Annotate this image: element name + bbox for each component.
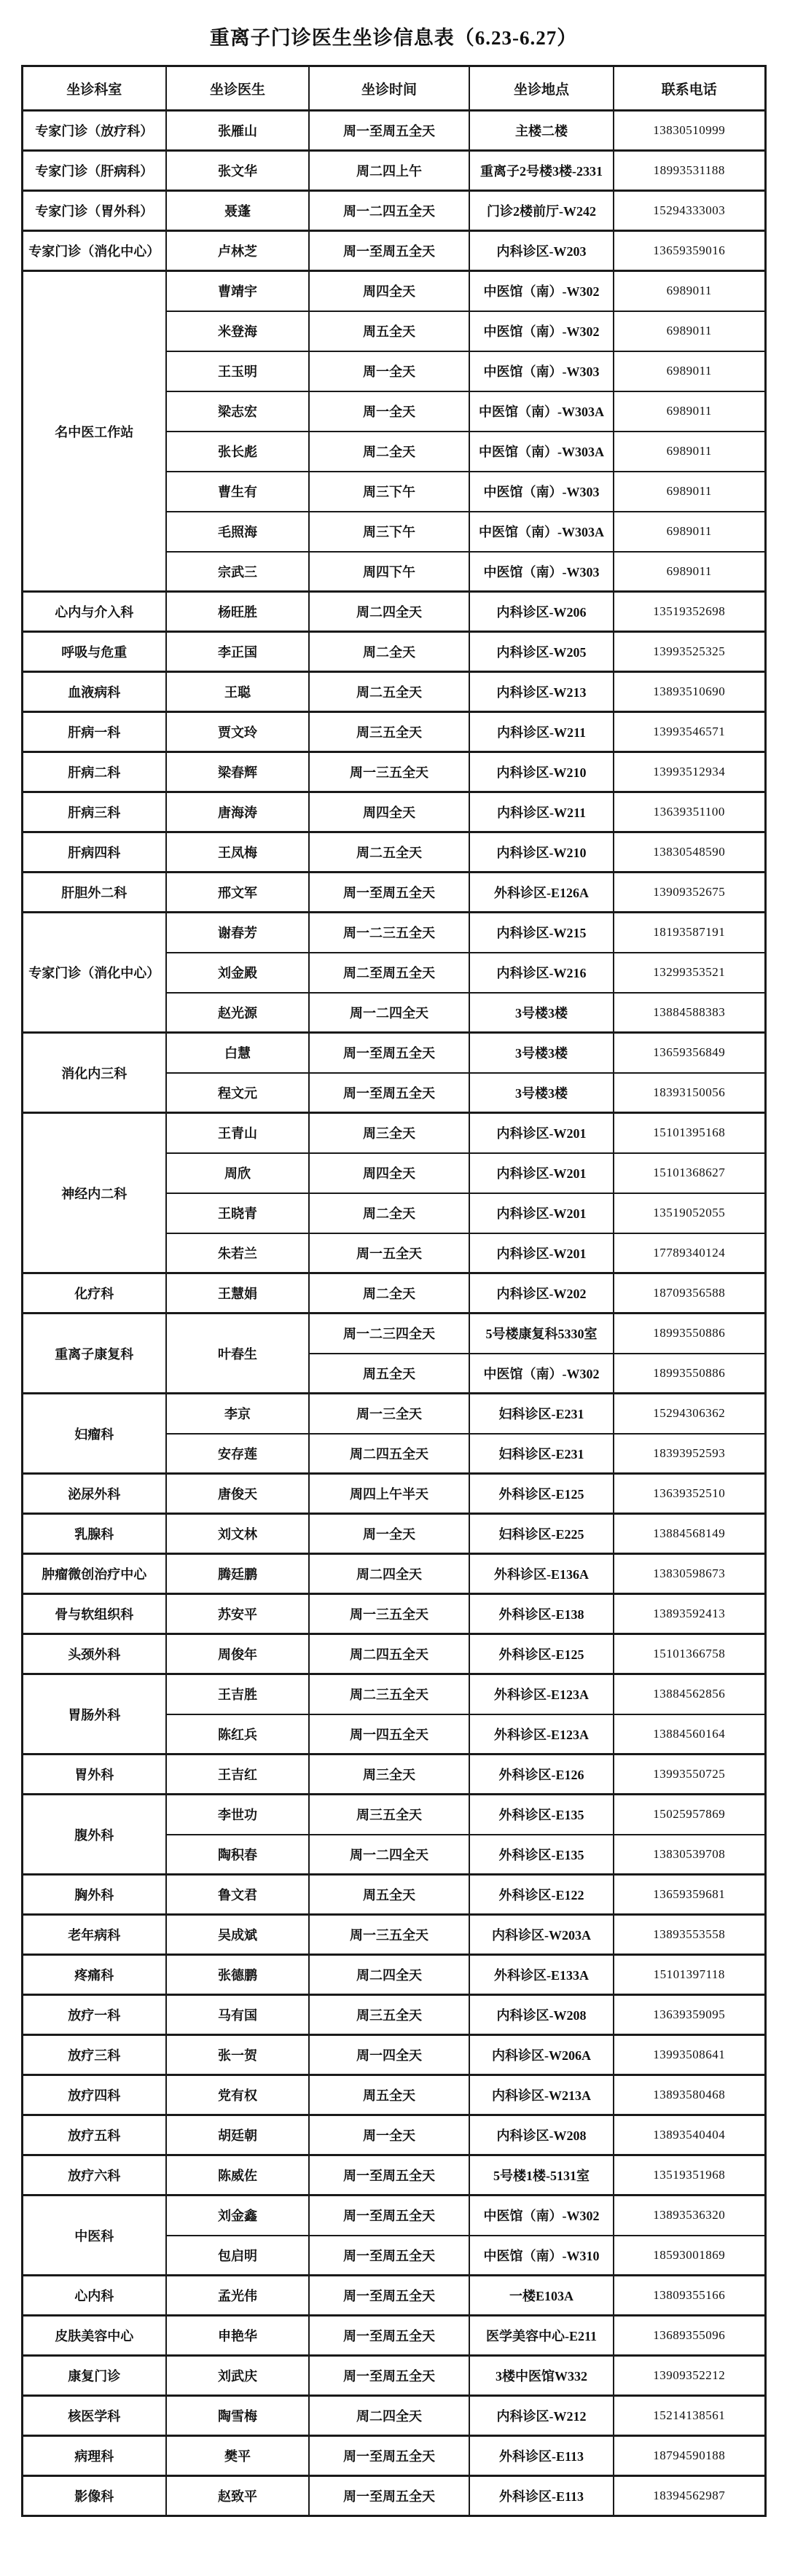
header-location: 坐诊地点 — [469, 66, 614, 111]
phone-cell: 13893540404 — [614, 2115, 765, 2155]
location-cell: 内科诊区-W201 — [469, 1233, 614, 1273]
phone-cell: 13639359095 — [614, 1995, 765, 2035]
doctor-cell: 刘武庆 — [166, 2356, 309, 2396]
time-cell: 周一三全天 — [309, 1394, 469, 1434]
department-cell: 病理科 — [22, 2436, 166, 2476]
department-cell: 乳腺科 — [22, 1514, 166, 1554]
doctor-cell: 陶雪梅 — [166, 2396, 309, 2436]
doctor-cell: 张文华 — [166, 151, 309, 191]
doctor-schedule-table: 坐诊科室 坐诊医生 坐诊时间 坐诊地点 联系电话 专家门诊（放疗科）张雁山周一至… — [21, 65, 767, 2517]
phone-cell: 13639352510 — [614, 1474, 765, 1514]
doctor-cell: 周欣 — [166, 1153, 309, 1193]
phone-cell: 15025957869 — [614, 1795, 765, 1835]
department-cell: 疼痛科 — [22, 1955, 166, 1995]
doctor-cell: 唐海涛 — [166, 792, 309, 832]
department-cell: 腹外科 — [22, 1795, 166, 1875]
table-row: 重离子康复科叶春生周一二三四全天5号楼康复科5330室18993550886 — [22, 1314, 765, 1354]
phone-cell: 6989011 — [614, 311, 765, 351]
location-cell: 中医馆（南）-W302 — [469, 1354, 614, 1394]
department-cell: 泌尿外科 — [22, 1474, 166, 1514]
time-cell: 周一全天 — [309, 2115, 469, 2155]
header-phone: 联系电话 — [614, 66, 765, 111]
table-row: 妇瘤科李京周一三全天妇科诊区-E23115294306362 — [22, 1394, 765, 1434]
department-cell: 放疗六科 — [22, 2155, 166, 2196]
location-cell: 内科诊区-W208 — [469, 2115, 614, 2155]
department-cell: 肝病四科 — [22, 832, 166, 873]
department-cell: 专家门诊（放疗科） — [22, 111, 166, 151]
phone-cell: 13659356849 — [614, 1033, 765, 1073]
time-cell: 周二全天 — [309, 1273, 469, 1314]
time-cell: 周二三五全天 — [309, 1674, 469, 1714]
time-cell: 周一二三五全天 — [309, 913, 469, 953]
phone-cell: 6989011 — [614, 472, 765, 512]
time-cell: 周一至周五全天 — [309, 2476, 469, 2516]
doctor-cell: 曹靖宇 — [166, 271, 309, 311]
time-cell: 周一三五全天 — [309, 1915, 469, 1955]
doctor-cell: 胡廷朝 — [166, 2115, 309, 2155]
phone-cell: 13884588383 — [614, 993, 765, 1033]
phone-cell: 13909352212 — [614, 2356, 765, 2396]
location-cell: 重离子2号楼3楼-2331 — [469, 151, 614, 191]
time-cell: 周四全天 — [309, 792, 469, 832]
department-cell: 肝病二科 — [22, 752, 166, 792]
table-row: 专家门诊（肝病科）张文华周二四上午重离子2号楼3楼-23311899353118… — [22, 151, 765, 191]
phone-cell: 18193587191 — [614, 913, 765, 953]
department-cell: 中医科 — [22, 2196, 166, 2276]
department-cell: 专家门诊（胃外科） — [22, 191, 166, 231]
table-row: 老年病科吴成斌周一三五全天内科诊区-W203A13893553558 — [22, 1915, 765, 1955]
phone-cell: 18993550886 — [614, 1354, 765, 1394]
location-cell: 中医馆（南）-W303A — [469, 512, 614, 552]
phone-cell: 13830510999 — [614, 111, 765, 151]
doctor-cell: 包启明 — [166, 2236, 309, 2276]
department-cell: 核医学科 — [22, 2396, 166, 2436]
time-cell: 周一四五全天 — [309, 1714, 469, 1755]
location-cell: 中医馆（南）-W302 — [469, 271, 614, 311]
doctor-cell: 赵致平 — [166, 2476, 309, 2516]
time-cell: 周二四五全天 — [309, 1434, 469, 1474]
phone-cell: 17789340124 — [614, 1233, 765, 1273]
doctor-cell: 马有国 — [166, 1995, 309, 2035]
table-row: 影像科赵致平周一至周五全天外科诊区-E11318394562987 — [22, 2476, 765, 2516]
time-cell: 周二全天 — [309, 432, 469, 472]
time-cell: 周五全天 — [309, 1354, 469, 1394]
department-cell: 胃外科 — [22, 1755, 166, 1795]
table-header-row: 坐诊科室 坐诊医生 坐诊时间 坐诊地点 联系电话 — [22, 66, 765, 111]
department-cell: 妇瘤科 — [22, 1394, 166, 1474]
location-cell: 外科诊区-E136A — [469, 1554, 614, 1594]
time-cell: 周一五全天 — [309, 1233, 469, 1273]
phone-cell: 13893592413 — [614, 1594, 765, 1634]
table-row: 中医科刘金鑫周一至周五全天中医馆（南）-W30213893536320 — [22, 2196, 765, 2236]
doctor-cell: 吴成斌 — [166, 1915, 309, 1955]
table-row: 胸外科鲁文君周五全天外科诊区-E12213659359681 — [22, 1875, 765, 1915]
location-cell: 内科诊区-W210 — [469, 832, 614, 873]
location-cell: 3号楼3楼 — [469, 993, 614, 1033]
phone-cell: 13893510690 — [614, 672, 765, 712]
table-row: 化疗科王慧娟周二全天内科诊区-W20218709356588 — [22, 1273, 765, 1314]
table-row: 专家门诊（消化中心）卢林芝周一至周五全天内科诊区-W20313659359016 — [22, 231, 765, 271]
phone-cell: 18794590188 — [614, 2436, 765, 2476]
doctor-cell: 樊平 — [166, 2436, 309, 2476]
phone-cell: 6989011 — [614, 512, 765, 552]
time-cell: 周一至周五全天 — [309, 111, 469, 151]
doctor-cell: 苏安平 — [166, 1594, 309, 1634]
table-row: 放疗四科党有权周五全天内科诊区-W213A13893580468 — [22, 2075, 765, 2115]
department-cell: 放疗三科 — [22, 2035, 166, 2075]
doctor-cell: 申艳华 — [166, 2316, 309, 2356]
doctor-cell: 梁志宏 — [166, 391, 309, 432]
table-row: 专家门诊（消化中心）谢春芳周一二三五全天内科诊区-W21518193587191 — [22, 913, 765, 953]
table-body: 专家门诊（放疗科）张雁山周一至周五全天主楼二楼13830510999专家门诊（肝… — [22, 111, 765, 2516]
header-time: 坐诊时间 — [309, 66, 469, 111]
time-cell: 周一全天 — [309, 351, 469, 391]
doctor-cell: 王聪 — [166, 672, 309, 712]
time-cell: 周一至周五全天 — [309, 2276, 469, 2316]
table-row: 放疗三科张一贺周一四全天内科诊区-W206A13993508641 — [22, 2035, 765, 2075]
department-cell: 肝胆外二科 — [22, 873, 166, 913]
location-cell: 中医馆（南）-W303 — [469, 351, 614, 391]
location-cell: 3号楼3楼 — [469, 1033, 614, 1073]
department-cell: 重离子康复科 — [22, 1314, 166, 1394]
time-cell: 周四全天 — [309, 271, 469, 311]
phone-cell: 18393952593 — [614, 1434, 765, 1474]
location-cell: 5号楼1楼-5131室 — [469, 2155, 614, 2196]
department-cell: 专家门诊（消化中心） — [22, 913, 166, 1033]
time-cell: 周三下午 — [309, 472, 469, 512]
location-cell: 外科诊区-E125 — [469, 1634, 614, 1674]
time-cell: 周三下午 — [309, 512, 469, 552]
location-cell: 中医馆（南）-W310 — [469, 2236, 614, 2276]
phone-cell: 13884560164 — [614, 1714, 765, 1755]
location-cell: 内科诊区-W206 — [469, 592, 614, 632]
time-cell: 周一至周五全天 — [309, 2316, 469, 2356]
phone-cell: 13659359681 — [614, 1875, 765, 1915]
time-cell: 周一三五全天 — [309, 1594, 469, 1634]
doctor-cell: 唐俊天 — [166, 1474, 309, 1514]
time-cell: 周一三五全天 — [309, 752, 469, 792]
table-row: 泌尿外科唐俊天周四上午半天外科诊区-E12513639352510 — [22, 1474, 765, 1514]
time-cell: 周三全天 — [309, 1113, 469, 1153]
location-cell: 中医馆（南）-W302 — [469, 311, 614, 351]
doctor-cell: 王玉明 — [166, 351, 309, 391]
time-cell: 周一二三四全天 — [309, 1314, 469, 1354]
location-cell: 外科诊区-E126A — [469, 873, 614, 913]
location-cell: 外科诊区-E123A — [469, 1674, 614, 1714]
location-cell: 外科诊区-E133A — [469, 1955, 614, 1995]
time-cell: 周一至周五全天 — [309, 1033, 469, 1073]
doctor-cell: 米登海 — [166, 311, 309, 351]
department-cell: 放疗五科 — [22, 2115, 166, 2155]
phone-cell: 13659359016 — [614, 231, 765, 271]
department-cell: 名中医工作站 — [22, 271, 166, 592]
table-row: 肝胆外二科邢文军周一至周五全天外科诊区-E126A13909352675 — [22, 873, 765, 913]
time-cell: 周五全天 — [309, 2075, 469, 2115]
phone-cell: 15101368627 — [614, 1153, 765, 1193]
location-cell: 内科诊区-W215 — [469, 913, 614, 953]
time-cell: 周一四全天 — [309, 2035, 469, 2075]
time-cell: 周四上午半天 — [309, 1474, 469, 1514]
department-cell: 骨与软组织科 — [22, 1594, 166, 1634]
phone-cell: 13993546571 — [614, 712, 765, 752]
doctor-cell: 李京 — [166, 1394, 309, 1434]
table-row: 放疗五科胡廷朝周一全天内科诊区-W20813893540404 — [22, 2115, 765, 2155]
department-cell: 心内科 — [22, 2276, 166, 2316]
table-row: 放疗六科陈威佐周一至周五全天5号楼1楼-5131室13519351968 — [22, 2155, 765, 2196]
time-cell: 周五全天 — [309, 311, 469, 351]
doctor-cell: 张一贺 — [166, 2035, 309, 2075]
location-cell: 内科诊区-W211 — [469, 792, 614, 832]
doctor-cell: 鲁文君 — [166, 1875, 309, 1915]
table-row: 康复门诊刘武庆周一至周五全天3楼中医馆W33213909352212 — [22, 2356, 765, 2396]
phone-cell: 15294333003 — [614, 191, 765, 231]
department-cell: 头颈外科 — [22, 1634, 166, 1674]
location-cell: 内科诊区-W201 — [469, 1193, 614, 1233]
phone-cell: 15294306362 — [614, 1394, 765, 1434]
phone-cell: 6989011 — [614, 552, 765, 592]
location-cell: 外科诊区-E123A — [469, 1714, 614, 1755]
department-cell: 血液病科 — [22, 672, 166, 712]
department-cell: 肿瘤微创治疗中心 — [22, 1554, 166, 1594]
time-cell: 周二全天 — [309, 1193, 469, 1233]
doctor-cell: 周俊年 — [166, 1634, 309, 1674]
doctor-cell: 王晓青 — [166, 1193, 309, 1233]
phone-cell: 18393150056 — [614, 1073, 765, 1113]
table-row: 病理科樊平周一至周五全天外科诊区-E11318794590188 — [22, 2436, 765, 2476]
table-row: 腹外科李世功周三五全天外科诊区-E13515025957869 — [22, 1795, 765, 1835]
doctor-cell: 刘文林 — [166, 1514, 309, 1554]
doctor-cell: 曹生有 — [166, 472, 309, 512]
department-cell: 胸外科 — [22, 1875, 166, 1915]
doctor-cell: 刘金鑫 — [166, 2196, 309, 2236]
location-cell: 医学美容中心-E211 — [469, 2316, 614, 2356]
location-cell: 外科诊区-E126 — [469, 1755, 614, 1795]
location-cell: 3楼中医馆W332 — [469, 2356, 614, 2396]
time-cell: 周一至周五全天 — [309, 2356, 469, 2396]
phone-cell: 13830598673 — [614, 1554, 765, 1594]
phone-cell: 13993525325 — [614, 632, 765, 672]
time-cell: 周二四五全天 — [309, 1634, 469, 1674]
location-cell: 外科诊区-E122 — [469, 1875, 614, 1915]
page-title: 重离子门诊医生坐诊信息表（6.23-6.27） — [0, 0, 787, 50]
phone-cell: 18993550886 — [614, 1314, 765, 1354]
phone-cell: 13884568149 — [614, 1514, 765, 1554]
location-cell: 内科诊区-W212 — [469, 2396, 614, 2436]
table-row: 乳腺科刘文林周一全天妇科诊区-E22513884568149 — [22, 1514, 765, 1554]
phone-cell: 13519352698 — [614, 592, 765, 632]
location-cell: 内科诊区-W208 — [469, 1995, 614, 2035]
header-doctor: 坐诊医生 — [166, 66, 309, 111]
department-cell: 化疗科 — [22, 1273, 166, 1314]
time-cell: 周五全天 — [309, 1875, 469, 1915]
doctor-cell: 王青山 — [166, 1113, 309, 1153]
location-cell: 内科诊区-W211 — [469, 712, 614, 752]
location-cell: 内科诊区-W203 — [469, 231, 614, 271]
department-cell: 消化内三科 — [22, 1033, 166, 1113]
location-cell: 内科诊区-W205 — [469, 632, 614, 672]
doctor-cell: 杨旺胜 — [166, 592, 309, 632]
time-cell: 周一全天 — [309, 1514, 469, 1554]
table-row: 骨与软组织科苏安平周一三五全天外科诊区-E13813893592413 — [22, 1594, 765, 1634]
location-cell: 内科诊区-W201 — [469, 1153, 614, 1193]
time-cell: 周一至周五全天 — [309, 873, 469, 913]
location-cell: 外科诊区-E113 — [469, 2436, 614, 2476]
table-row: 名中医工作站曹靖宇周四全天中医馆（南）-W3026989011 — [22, 271, 765, 311]
doctor-cell: 聂蓬 — [166, 191, 309, 231]
phone-cell: 13993508641 — [614, 2035, 765, 2075]
phone-cell: 15101395168 — [614, 1113, 765, 1153]
time-cell: 周一二四五全天 — [309, 191, 469, 231]
location-cell: 内科诊区-W203A — [469, 1915, 614, 1955]
location-cell: 外科诊区-E135 — [469, 1795, 614, 1835]
doctor-cell: 安存莲 — [166, 1434, 309, 1474]
phone-cell: 13893536320 — [614, 2196, 765, 2236]
phone-cell: 6989011 — [614, 391, 765, 432]
location-cell: 妇科诊区-E231 — [469, 1434, 614, 1474]
location-cell: 妇科诊区-E225 — [469, 1514, 614, 1554]
doctor-cell: 梁春辉 — [166, 752, 309, 792]
department-cell: 放疗一科 — [22, 1995, 166, 2035]
time-cell: 周一至周五全天 — [309, 2155, 469, 2196]
location-cell: 内科诊区-W202 — [469, 1273, 614, 1314]
doctor-cell: 李正国 — [166, 632, 309, 672]
doctor-cell: 王凤梅 — [166, 832, 309, 873]
department-cell: 影像科 — [22, 2476, 166, 2516]
phone-cell: 13993512934 — [614, 752, 765, 792]
time-cell: 周一至周五全天 — [309, 2196, 469, 2236]
phone-cell: 13830548590 — [614, 832, 765, 873]
phone-cell: 13519351968 — [614, 2155, 765, 2196]
time-cell: 周三五全天 — [309, 1795, 469, 1835]
phone-cell: 6989011 — [614, 271, 765, 311]
department-cell: 呼吸与危重 — [22, 632, 166, 672]
location-cell: 中医馆（南）-W303A — [469, 432, 614, 472]
table-row: 肿瘤微创治疗中心腾廷鹏周二四全天外科诊区-E136A13830598673 — [22, 1554, 765, 1594]
doctor-cell: 贾文玲 — [166, 712, 309, 752]
phone-cell: 15214138561 — [614, 2396, 765, 2436]
doctor-cell: 刘金殿 — [166, 953, 309, 993]
table-row: 神经内二科王青山周三全天内科诊区-W20115101395168 — [22, 1113, 765, 1153]
phone-cell: 18993531188 — [614, 151, 765, 191]
doctor-cell: 陈红兵 — [166, 1714, 309, 1755]
doctor-cell: 邢文军 — [166, 873, 309, 913]
table-row: 头颈外科周俊年周二四五全天外科诊区-E12515101366758 — [22, 1634, 765, 1674]
location-cell: 中医馆（南）-W302 — [469, 2196, 614, 2236]
time-cell: 周二至周五全天 — [309, 953, 469, 993]
location-cell: 5号楼康复科5330室 — [469, 1314, 614, 1354]
doctor-cell: 党有权 — [166, 2075, 309, 2115]
doctor-cell: 程文元 — [166, 1073, 309, 1113]
department-cell: 皮肤美容中心 — [22, 2316, 166, 2356]
time-cell: 周一至周五全天 — [309, 231, 469, 271]
time-cell: 周一全天 — [309, 391, 469, 432]
doctor-cell: 叶春生 — [166, 1314, 309, 1394]
location-cell: 内科诊区-W201 — [469, 1113, 614, 1153]
time-cell: 周二五全天 — [309, 672, 469, 712]
doctor-cell: 卢林芝 — [166, 231, 309, 271]
table-row: 胃外科王吉红周三全天外科诊区-E12613993550725 — [22, 1755, 765, 1795]
department-cell: 放疗四科 — [22, 2075, 166, 2115]
time-cell: 周二四全天 — [309, 1955, 469, 1995]
location-cell: 一楼E103A — [469, 2276, 614, 2316]
location-cell: 门诊2楼前厅-W242 — [469, 191, 614, 231]
phone-cell: 6989011 — [614, 432, 765, 472]
phone-cell: 13809355166 — [614, 2276, 765, 2316]
table-row: 专家门诊（胃外科）聂蓬周一二四五全天门诊2楼前厅-W24215294333003 — [22, 191, 765, 231]
table-row: 胃肠外科王吉胜周二三五全天外科诊区-E123A13884562856 — [22, 1674, 765, 1714]
phone-cell: 13884562856 — [614, 1674, 765, 1714]
phone-cell: 13830539708 — [614, 1835, 765, 1875]
phone-cell: 18394562987 — [614, 2476, 765, 2516]
department-cell: 专家门诊（肝病科） — [22, 151, 166, 191]
doctor-cell: 陶积春 — [166, 1835, 309, 1875]
department-cell: 老年病科 — [22, 1915, 166, 1955]
location-cell: 外科诊区-E135 — [469, 1835, 614, 1875]
doctor-cell: 张雁山 — [166, 111, 309, 151]
doctor-cell: 张德鹏 — [166, 1955, 309, 1995]
time-cell: 周三全天 — [309, 1755, 469, 1795]
table-row: 放疗一科马有国周三五全天内科诊区-W20813639359095 — [22, 1995, 765, 2035]
time-cell: 周二四全天 — [309, 2396, 469, 2436]
location-cell: 外科诊区-E138 — [469, 1594, 614, 1634]
department-cell: 胃肠外科 — [22, 1674, 166, 1755]
location-cell: 内科诊区-W213A — [469, 2075, 614, 2115]
phone-cell: 13639351100 — [614, 792, 765, 832]
time-cell: 周四全天 — [309, 1153, 469, 1193]
time-cell: 周一至周五全天 — [309, 2236, 469, 2276]
doctor-cell: 毛照海 — [166, 512, 309, 552]
doctor-cell: 赵光源 — [166, 993, 309, 1033]
table-row: 核医学科陶雪梅周二四全天内科诊区-W21215214138561 — [22, 2396, 765, 2436]
location-cell: 外科诊区-E125 — [469, 1474, 614, 1514]
phone-cell: 13893580468 — [614, 2075, 765, 2115]
table-row: 心内与介入科杨旺胜周二四全天内科诊区-W20613519352698 — [22, 592, 765, 632]
department-cell: 康复门诊 — [22, 2356, 166, 2396]
phone-cell: 13299353521 — [614, 953, 765, 993]
location-cell: 内科诊区-W210 — [469, 752, 614, 792]
schedule-page: 重离子门诊医生坐诊信息表（6.23-6.27） 坐诊科室 坐诊医生 坐诊时间 坐… — [0, 0, 787, 2517]
phone-cell: 6989011 — [614, 351, 765, 391]
doctor-cell: 孟光伟 — [166, 2276, 309, 2316]
time-cell: 周三五全天 — [309, 712, 469, 752]
table-row: 肝病三科唐海涛周四全天内科诊区-W21113639351100 — [22, 792, 765, 832]
phone-cell: 13993550725 — [614, 1755, 765, 1795]
phone-cell: 13893553558 — [614, 1915, 765, 1955]
table-row: 心内科孟光伟周一至周五全天一楼E103A13809355166 — [22, 2276, 765, 2316]
table-row: 专家门诊（放疗科）张雁山周一至周五全天主楼二楼13830510999 — [22, 111, 765, 151]
department-cell: 心内与介入科 — [22, 592, 166, 632]
department-cell: 肝病三科 — [22, 792, 166, 832]
doctor-cell: 宗武三 — [166, 552, 309, 592]
time-cell: 周二五全天 — [309, 832, 469, 873]
doctor-cell: 白慧 — [166, 1033, 309, 1073]
doctor-cell: 张长彪 — [166, 432, 309, 472]
table-row: 肝病四科王凤梅周二五全天内科诊区-W21013830548590 — [22, 832, 765, 873]
table-row: 肝病二科梁春辉周一三五全天内科诊区-W21013993512934 — [22, 752, 765, 792]
table-row: 疼痛科张德鹏周二四全天外科诊区-E133A15101397118 — [22, 1955, 765, 1995]
location-cell: 内科诊区-W216 — [469, 953, 614, 993]
time-cell: 周一至周五全天 — [309, 2436, 469, 2476]
department-cell: 神经内二科 — [22, 1113, 166, 1273]
doctor-cell: 王吉红 — [166, 1755, 309, 1795]
time-cell: 周三五全天 — [309, 1995, 469, 2035]
location-cell: 内科诊区-W206A — [469, 2035, 614, 2075]
phone-cell: 13909352675 — [614, 873, 765, 913]
department-cell: 专家门诊（消化中心） — [22, 231, 166, 271]
header-department: 坐诊科室 — [22, 66, 166, 111]
doctor-cell: 李世功 — [166, 1795, 309, 1835]
time-cell: 周二全天 — [309, 632, 469, 672]
